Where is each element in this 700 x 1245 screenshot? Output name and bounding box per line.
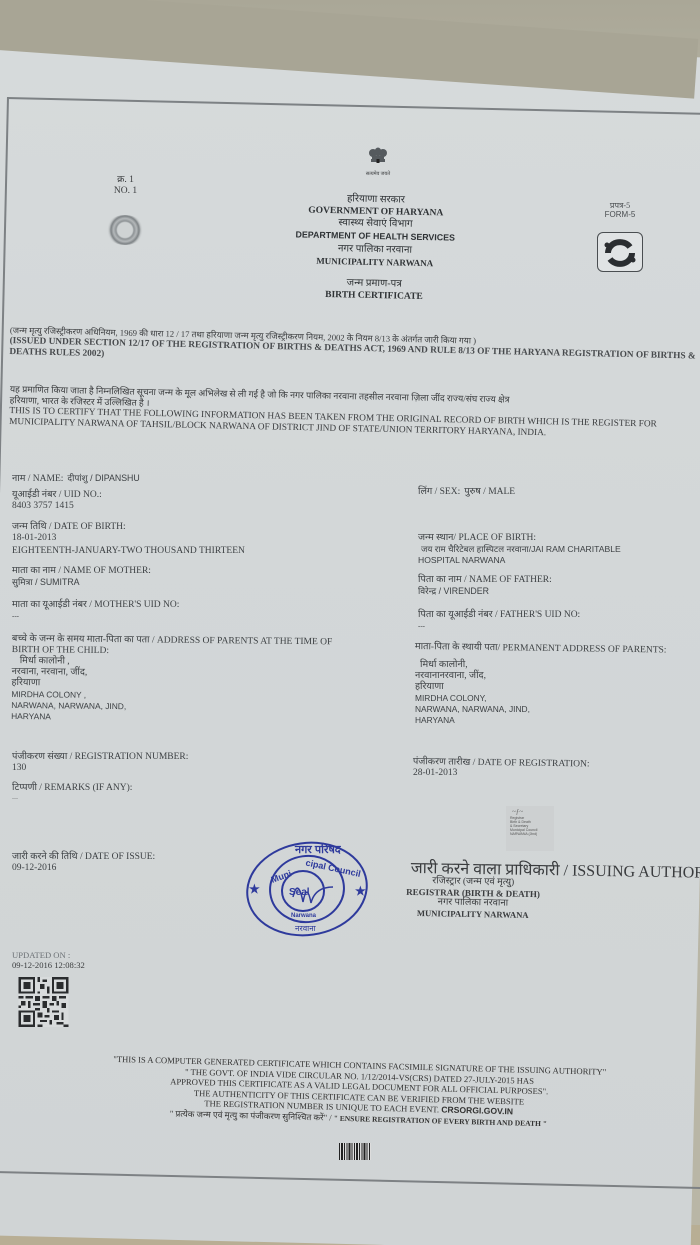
serial-english: NO. 1 (108, 186, 143, 197)
name-label: नाम / NAME: (12, 474, 63, 484)
mother-name-value: सुमित्रा / SUMITRA (12, 577, 151, 588)
place-of-birth-value-2: HOSPITAL NARWANA (418, 555, 621, 566)
permanent-address-label: माता-पिता के स्थायी पता/ PERMANENT ADDRE… (415, 642, 667, 657)
mother-uid-value: --- (12, 611, 179, 622)
svg-text:★: ★ (249, 882, 260, 896)
permanent-address-line: MIRDHA COLONY, (415, 693, 667, 704)
dob-words: EIGHTEENTH-JANUARY-TWO THOUSAND THIRTEEN (12, 546, 245, 557)
father-name-value: विरेन्द्र / VIRENDER (418, 586, 552, 597)
mother-name-label: माता का नाम / NAME OF MOTHER: (12, 566, 151, 577)
field-mother-name: माता का नाम / NAME OF MOTHER: सुमित्रा /… (12, 566, 151, 588)
remarks-value: --- (12, 794, 132, 805)
field-remarks: टिप्पणी / REMARKS (IF ANY): --- (12, 783, 132, 805)
national-emblem-icon (363, 145, 393, 173)
form-english: FORM-5 (600, 210, 640, 219)
dob-label: जन्म तिथि / DATE OF BIRTH: (12, 522, 245, 533)
header-block: हरियाणा सरकार GOVERNMENT OF HARYANA स्वा… (269, 192, 481, 304)
date-of-issue-value: 09-12-2016 (12, 863, 155, 874)
permanent-address-line: नरवानानरवाना, जींद, (415, 671, 667, 682)
haryana-emblem-icon (105, 215, 145, 245)
mother-uid-label: माता का यूआईडी नंबर / MOTHER'S UID NO: (12, 600, 179, 611)
svg-text:cipal Council: cipal Council (305, 858, 362, 879)
form-label: प्रपत्र-5 FORM-5 (600, 201, 640, 219)
municipal-council-seal-icon: नगर परिषद Muni cipal Council Seal Narwan… (243, 837, 371, 937)
field-father-uid: पिता का यूआईडी नंबर / FATHER'S UID NO: -… (418, 610, 580, 632)
permanent-address-line: NARWANA, NARWANA, JIND, (415, 704, 667, 715)
updated-on-label: UPDATED ON : (12, 950, 85, 960)
svg-text:★: ★ (355, 884, 366, 898)
field-name: नाम / NAME: दीपांशु / DIPANSHU (12, 468, 140, 486)
facsimile-signature: ~ƒ~ Registrar Birth & Death & Secretary … (506, 806, 554, 851)
website-link[interactable]: CRSORGI.GOV.IN (441, 1104, 513, 1116)
place-of-birth-label: जन्म स्थान/ PLACE OF BIRTH: (418, 533, 621, 544)
svg-text:Muni: Muni (270, 868, 293, 885)
name-value: दीपांशु / DIPANSHU (67, 473, 139, 483)
remarks-label: टिप्पणी / REMARKS (IF ANY): (12, 783, 132, 794)
field-place-of-birth: जन्म स्थान/ PLACE OF BIRTH: जय राम चैरिट… (418, 533, 621, 566)
qr-code-icon[interactable] (17, 977, 70, 1027)
sex-value: पुरुष / MALE (464, 487, 515, 497)
signature-scribble: ~ƒ~ (506, 806, 554, 816)
issuing-authority-block: रजिस्ट्रार (जन्म एवं मृत्यु) REGISTRAR (… (403, 876, 544, 920)
field-permanent-address: माता-पिता के स्थायी पता/ PERMANENT ADDRE… (415, 642, 667, 726)
uid-label: यूआईडी नंबर / UID NO.: (12, 490, 102, 501)
updated-on-value: 09-12-2016 12:08:32 (12, 960, 85, 970)
field-registration-date: पंजीकरण तारीख / DATE OF REGISTRATION: 28… (413, 757, 590, 779)
father-uid-value: --- (418, 621, 580, 632)
updated-on: UPDATED ON : 09-12-2016 12:08:32 (12, 950, 85, 970)
registration-number-value: 130 (12, 763, 188, 774)
field-address-at-birth: बच्चे के जन्म के समय माता-पिता का पता / … (11, 634, 332, 725)
field-date-of-issue: जारी करने की तिथि / DATE OF ISSUE: 09-12… (12, 852, 155, 874)
svg-text:Seal: Seal (289, 887, 310, 898)
field-father-name: पिता का नाम / NAME OF FATHER: विरेन्द्र … (418, 575, 552, 597)
svg-text:Narwana: Narwana (291, 913, 317, 919)
signature-line: NARWANA (Jind) (510, 832, 554, 836)
father-name-label: पिता का नाम / NAME OF FATHER: (418, 575, 552, 586)
registration-number-label: पंजीकरण संख्या / REGISTRATION NUMBER: (12, 752, 188, 763)
place-of-birth-value-1: जय राम चैरिटेबल हास्पिटल नरवाना/JAI RAM … (418, 544, 621, 555)
field-mother-uid: माता का यूआईडी नंबर / MOTHER'S UID NO: -… (12, 600, 179, 622)
uid-value: 8403 3757 1415 (12, 501, 102, 512)
serial-number: क्र. 1 NO. 1 (108, 175, 143, 197)
svg-text:नरवाना: नरवाना (295, 924, 317, 933)
dob-value: 18-01-2013 (12, 533, 245, 544)
permanent-address-line: हरियाणा (415, 682, 667, 693)
crs-logo-icon (597, 232, 643, 272)
field-registration-number: पंजीकरण संख्या / REGISTRATION NUMBER: 13… (12, 752, 188, 774)
field-dob: जन्म तिथि / DATE OF BIRTH: 18-01-2013 EI… (12, 522, 245, 557)
emblem-motto: सत्यमेव जयते (348, 172, 408, 178)
father-uid-label: पिता का यूआईडी नंबर / FATHER'S UID NO: (418, 610, 580, 621)
barcode-icon (339, 1143, 371, 1160)
date-of-issue-label: जारी करने की तिथि / DATE OF ISSUE: (12, 852, 155, 863)
serial-hindi: क्र. 1 (108, 175, 143, 186)
field-uid: यूआईडी नंबर / UID NO.: 8403 3757 1415 (12, 490, 102, 512)
sex-label: लिंग / SEX: (418, 487, 460, 497)
svg-text:नगर परिषद: नगर परिषद (294, 842, 342, 856)
permanent-address-line: मिर्धा कालोनी, (415, 660, 667, 671)
form-hindi: प्रपत्र-5 (600, 201, 640, 210)
field-sex: लिंग / SEX: पुरुष / MALE (418, 481, 515, 499)
permanent-address-line: HARYANA (415, 715, 667, 726)
